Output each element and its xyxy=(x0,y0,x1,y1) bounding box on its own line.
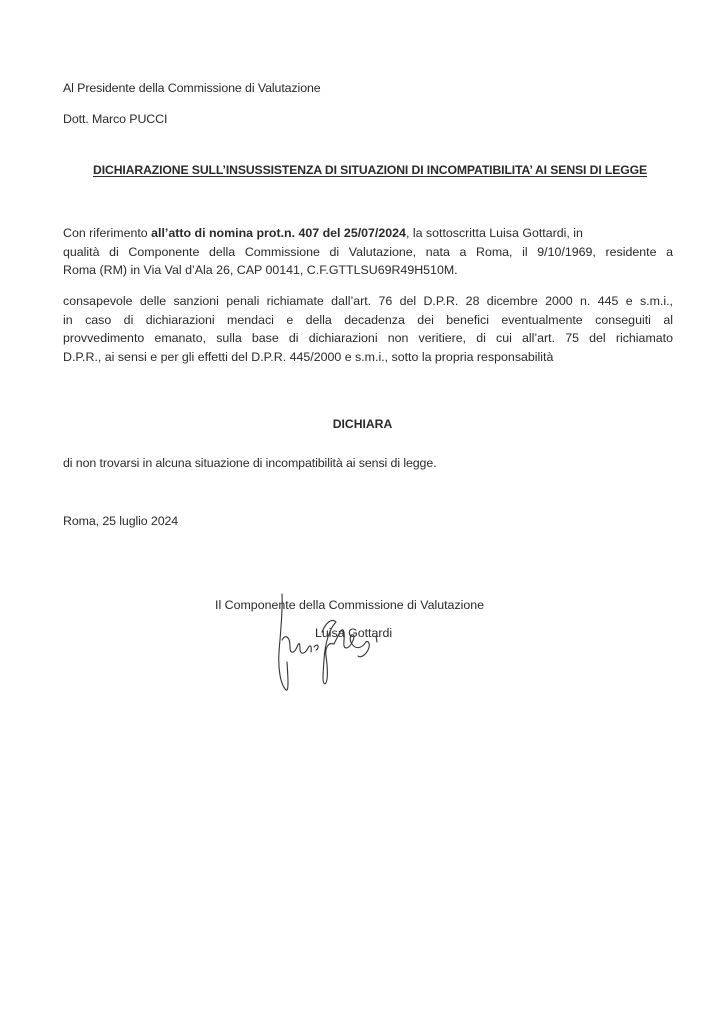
declaration-statement: di non trovarsi in alcuna situazione di … xyxy=(63,456,437,470)
row1-rest-text: , la sottoscritta Luisa Gottardi, in xyxy=(406,226,583,240)
paragraph-nomination-row-3: Roma (RM) in Via Val d’Ala 26, CAP 00141… xyxy=(63,261,673,280)
intro-text: Con riferimento xyxy=(63,226,151,240)
place-and-date: Roma, 25 luglio 2024 xyxy=(63,514,178,528)
declaration-heading: DICHIARA xyxy=(0,417,725,431)
document-page: Al Presidente della Commissione di Valut… xyxy=(0,0,725,1024)
document-title: DICHIARAZIONE SULL’INSUSSISTENZA DI SITU… xyxy=(93,163,647,177)
recipient-line-2: Dott. Marco PUCCI xyxy=(63,112,167,126)
paragraph-nomination-row-2: qualità di Componente della Commissione … xyxy=(63,243,673,262)
paragraph-nomination: Con riferimento all’atto di nomina prot.… xyxy=(63,224,673,280)
paragraph-awareness-row-1: consapevole delle sanzioni penali richia… xyxy=(63,292,673,311)
paragraph-awareness: consapevole delle sanzioni penali richia… xyxy=(63,292,673,366)
handwritten-signature xyxy=(270,592,390,702)
paragraph-awareness-row-4: D.P.R., ai sensi e per gli effetti del D… xyxy=(63,348,673,367)
paragraph-nomination-row-1: Con riferimento all’atto di nomina prot.… xyxy=(63,224,673,243)
paragraph-awareness-row-3: provvedimento emanato, sulla base di dic… xyxy=(63,329,673,348)
recipient-line-1: Al Presidente della Commissione di Valut… xyxy=(63,81,321,95)
paragraph-awareness-row-2: in caso di dichiarazioni mendaci e della… xyxy=(63,311,673,330)
nomination-reference: all’atto di nomina prot.n. 407 del 25/07… xyxy=(151,226,406,240)
